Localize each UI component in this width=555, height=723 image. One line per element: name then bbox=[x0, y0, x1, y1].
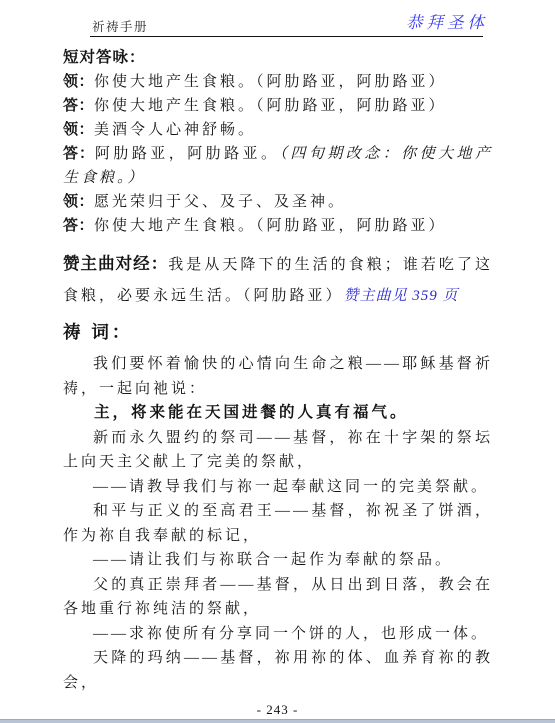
speaker-label: 领： bbox=[63, 193, 94, 210]
header-rule bbox=[90, 36, 483, 37]
antiphon-heading: 赞主曲对经： bbox=[63, 255, 168, 273]
prayer-paragraph: 新而永久盟约的祭司——基督，祢在十字架的祭坛上向天主父献上了完美的祭献， bbox=[63, 426, 493, 475]
responsory-line: 答：阿肋路亚，阿肋路亚。（四旬期改念：你使大地产生食粮。） bbox=[63, 142, 493, 190]
window-bottom-edge bbox=[0, 719, 555, 723]
speaker-label: 答： bbox=[63, 217, 94, 234]
prayer-response-line: ——求祢使所有分享同一个饼的人，也形成一体。 bbox=[63, 622, 493, 647]
speaker-label: 领： bbox=[63, 73, 94, 90]
page-body: 短对答咏： 领：你使大地产生食粮。（阿肋路亚，阿肋路亚） 答：你使大地产生食粮。… bbox=[63, 46, 493, 695]
responsory-text: 阿肋路亚，阿肋路亚。 bbox=[95, 146, 280, 162]
speaker-label: 答： bbox=[63, 97, 94, 114]
header-right-title: 恭拜圣体 bbox=[406, 9, 488, 33]
responsory-line: 答：你使大地产生食粮。（阿肋路亚，阿肋路亚） bbox=[63, 94, 493, 118]
responsory-text: 美酒令人心神舒畅。 bbox=[94, 122, 256, 138]
responsory-line: 领：美酒令人心神舒畅。 bbox=[63, 118, 493, 142]
prayer-paragraph: 父的真正崇拜者——基督，从日出到日落，教会在各地重行祢纯洁的祭献， bbox=[63, 573, 493, 622]
prayer-paragraph: 天降的玛纳——基督，祢用祢的体、血养育祢的教会， bbox=[63, 646, 493, 695]
prayer-paragraph: 和平与正义的至高君王——基督，祢祝圣了饼酒，作为祢自我奉献的标记， bbox=[63, 499, 493, 548]
responsory-text: 愿光荣归于父、及子、及圣神。 bbox=[94, 194, 346, 210]
prayer-paragraph: 我们要怀着愉快的心情向生命之粮——耶稣基督祈祷，一起向祂说： bbox=[63, 352, 493, 401]
prayer-heading: 祷 词： bbox=[63, 319, 493, 345]
speaker-label: 答： bbox=[63, 145, 95, 162]
footer-page-number: - 243 - bbox=[0, 702, 555, 718]
responsory-text: 你使大地产生食粮。（阿肋路亚，阿肋路亚） bbox=[94, 74, 447, 90]
responsory-text: 你使大地产生食粮。（阿肋路亚，阿肋路亚） bbox=[94, 98, 447, 114]
prayer-response-line: ——请教导我们与祢一起奉献这同一的完美祭献。 bbox=[63, 475, 493, 500]
responsory-line: 领：你使大地产生食粮。（阿肋路亚，阿肋路亚） bbox=[63, 70, 493, 94]
responsory-line: 领：愿光荣归于父、及子、及圣神。 bbox=[63, 190, 493, 214]
responsory-line: 答：你使大地产生食粮。（阿肋路亚，阿肋路亚） bbox=[63, 214, 493, 238]
speaker-label: 领： bbox=[63, 121, 94, 138]
page-xref-link[interactable]: 赞主曲见 359 页 bbox=[344, 288, 459, 304]
prayer-response-line: ——请让我们与祢联合一起作为奉献的祭品。 bbox=[63, 548, 493, 573]
prayer-response-refrain: 主，将来能在天国进餐的人真有福气。 bbox=[63, 401, 493, 426]
antiphon-paragraph: 赞主曲对经：我是从天降下的生活的食粮；谁若吃了这食粮，必要永远生活。（阿肋路亚）… bbox=[63, 249, 493, 312]
document-page: 祈祷手册 恭拜圣体 短对答咏： 领：你使大地产生食粮。（阿肋路亚，阿肋路亚） 答… bbox=[0, 0, 555, 723]
header-left-title: 祈祷手册 bbox=[92, 17, 148, 35]
responsory-heading: 短对答咏： bbox=[63, 46, 493, 70]
responsory-text: 你使大地产生食粮。（阿肋路亚，阿肋路亚） bbox=[94, 218, 447, 234]
